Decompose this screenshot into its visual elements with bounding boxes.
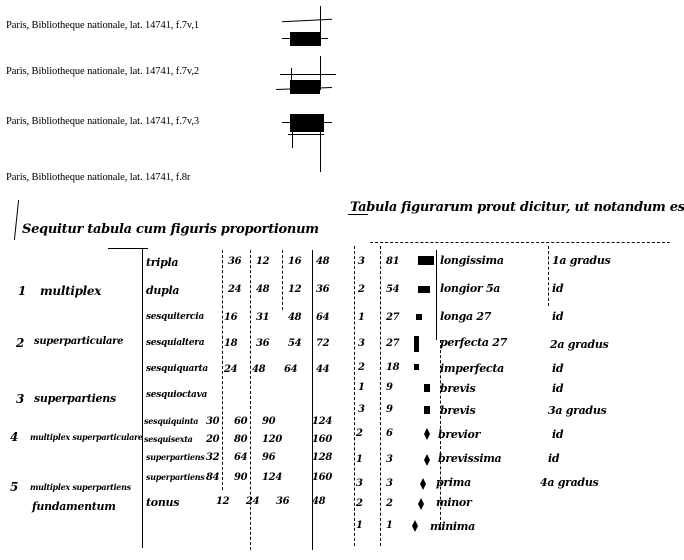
value: 3 bbox=[386, 454, 393, 465]
value: 48 bbox=[288, 312, 301, 323]
value: 2 bbox=[358, 362, 365, 373]
ratio-name: superpartiens bbox=[146, 472, 204, 482]
value: 36 bbox=[256, 338, 269, 349]
ratio-name: dupla bbox=[146, 284, 179, 297]
left-row-label: superpartiens bbox=[34, 392, 116, 405]
note-name: brevis bbox=[440, 382, 475, 395]
grade: id bbox=[552, 382, 563, 395]
value: 16 bbox=[288, 256, 301, 267]
semibrevis-note-icon bbox=[424, 454, 430, 466]
value: 120 bbox=[262, 434, 282, 445]
value: 48 bbox=[252, 364, 265, 375]
value: 48 bbox=[256, 284, 269, 295]
value: 54 bbox=[386, 284, 399, 295]
ratio-name: sesquisexta bbox=[144, 434, 193, 444]
note-name: minor bbox=[436, 496, 471, 509]
ratio-name: sesquioctava bbox=[146, 390, 207, 400]
value: 124 bbox=[312, 416, 332, 427]
value: 30 bbox=[206, 416, 219, 427]
value: 128 bbox=[312, 452, 332, 463]
value: 6 bbox=[386, 428, 393, 439]
value: 16 bbox=[224, 312, 237, 323]
note-name: prima bbox=[436, 476, 471, 489]
grade: id bbox=[552, 310, 563, 323]
value: 54 bbox=[288, 338, 301, 349]
left-row-label: multiplex superpartiens bbox=[30, 482, 131, 492]
value: 31 bbox=[256, 312, 269, 323]
value: 160 bbox=[312, 472, 332, 483]
value: 18 bbox=[386, 362, 399, 373]
left-row-num: 5 bbox=[10, 480, 18, 494]
maxima-note-icon bbox=[418, 256, 434, 265]
note-name: brevior bbox=[438, 428, 480, 441]
value: 9 bbox=[386, 382, 393, 393]
caption-f7v-1: Paris, Bibliotheque nationale, lat. 1474… bbox=[6, 20, 199, 31]
minima-note-icon bbox=[418, 498, 424, 510]
left-row-num: 1 bbox=[18, 284, 26, 298]
left-row-label: multiplex bbox=[40, 284, 101, 298]
value: 64 bbox=[284, 364, 297, 375]
left-row-label: fundamentum bbox=[32, 500, 116, 513]
ratio-name: tonus bbox=[146, 496, 179, 509]
value: 9 bbox=[386, 404, 393, 415]
value: 27 bbox=[386, 338, 399, 349]
caption-f8r: Paris, Bibliotheque nationale, lat. 1474… bbox=[6, 172, 190, 183]
value: 36 bbox=[228, 256, 241, 267]
maxima-note-icon bbox=[418, 286, 430, 293]
grade: id bbox=[552, 362, 563, 375]
brevis-note-icon bbox=[424, 406, 430, 414]
value: 24 bbox=[228, 284, 241, 295]
value: 3 bbox=[386, 478, 393, 489]
value: 48 bbox=[312, 496, 325, 507]
note-name: longior 5a bbox=[440, 282, 500, 295]
value: 160 bbox=[312, 434, 332, 445]
value: 81 bbox=[386, 256, 399, 267]
value: 90 bbox=[262, 416, 275, 427]
value: 2 bbox=[358, 284, 365, 295]
ratio-name: sesquiquinta bbox=[144, 416, 198, 426]
minima-note-icon bbox=[420, 478, 426, 490]
value: 24 bbox=[224, 364, 237, 375]
value: 20 bbox=[206, 434, 219, 445]
grade: id bbox=[548, 452, 559, 465]
note-name: longa 27 bbox=[440, 310, 491, 323]
value: 96 bbox=[262, 452, 275, 463]
value: 44 bbox=[316, 364, 329, 375]
note-name: longissima bbox=[440, 254, 504, 267]
caption-f7v-3: Paris, Bibliotheque nationale, lat. 1474… bbox=[6, 116, 199, 127]
value: 1 bbox=[358, 382, 365, 393]
notation-glyph-2 bbox=[276, 54, 340, 100]
longa-note-icon bbox=[414, 364, 419, 370]
value: 3 bbox=[358, 256, 365, 267]
value: 72 bbox=[316, 338, 329, 349]
value: 18 bbox=[224, 338, 237, 349]
left-row-num: 4 bbox=[10, 430, 18, 444]
value: 60 bbox=[234, 416, 247, 427]
value: 1 bbox=[356, 520, 363, 531]
value: 1 bbox=[358, 312, 365, 323]
value: 1 bbox=[386, 520, 393, 531]
notation-glyph-1 bbox=[280, 6, 340, 50]
value: 36 bbox=[276, 496, 289, 507]
value: 12 bbox=[288, 284, 301, 295]
caption-f7v-2: Paris, Bibliotheque nationale, lat. 1474… bbox=[6, 66, 199, 77]
ratio-name: sesquiquarta bbox=[146, 364, 208, 374]
value: 84 bbox=[206, 472, 219, 483]
note-name: brevis bbox=[440, 404, 475, 417]
grade: id bbox=[552, 282, 563, 295]
brevis-note-icon bbox=[424, 384, 430, 392]
value: 27 bbox=[386, 312, 399, 323]
notation-glyph-3 bbox=[280, 110, 336, 176]
note-name: brevissima bbox=[438, 452, 501, 465]
left-row-label: multiplex superparticulare bbox=[30, 432, 143, 442]
ratio-name: superpartiens bbox=[146, 452, 204, 462]
minima-note-icon bbox=[412, 520, 418, 532]
longa-note-icon bbox=[416, 314, 422, 320]
value: 48 bbox=[316, 256, 329, 267]
value: 124 bbox=[262, 472, 282, 483]
semibrevis-note-icon bbox=[424, 428, 430, 440]
value: 32 bbox=[206, 452, 219, 463]
value: 64 bbox=[234, 452, 247, 463]
value: 80 bbox=[234, 434, 247, 445]
manuscript-table: Sequitur tabula cum figuris proportionum… bbox=[0, 190, 684, 560]
ratio-name: tripla bbox=[146, 256, 178, 269]
value: 2 bbox=[356, 498, 363, 509]
longa-note-icon bbox=[414, 336, 419, 352]
grade: 1a gradus bbox=[552, 254, 610, 267]
ratio-name: sesquitercia bbox=[146, 312, 204, 322]
value: 3 bbox=[358, 404, 365, 415]
left-row-num: 3 bbox=[16, 392, 24, 406]
value: 64 bbox=[316, 312, 329, 323]
value: 12 bbox=[216, 496, 229, 507]
note-name: perfecta 27 bbox=[440, 336, 507, 349]
note-name: minima bbox=[430, 520, 475, 533]
value: 3 bbox=[356, 478, 363, 489]
value: 1 bbox=[356, 454, 363, 465]
left-row-label: superparticulare bbox=[34, 336, 123, 347]
value: 90 bbox=[234, 472, 247, 483]
left-row-num: 2 bbox=[16, 336, 24, 350]
note-name: imperfecta bbox=[440, 362, 504, 375]
value: 12 bbox=[256, 256, 269, 267]
grade: 4a gradus bbox=[540, 476, 598, 489]
value: 2 bbox=[356, 428, 363, 439]
heading-left: Sequitur tabula cum figuris proportionum bbox=[22, 222, 319, 237]
value: 36 bbox=[316, 284, 329, 295]
grade: id bbox=[552, 428, 563, 441]
heading-right: Tabula figurarum prout dicitur, ut notan… bbox=[350, 200, 684, 215]
ratio-name: sesquialtera bbox=[146, 338, 204, 348]
value: 24 bbox=[246, 496, 259, 507]
value: 3 bbox=[358, 338, 365, 349]
grade: 3a gradus bbox=[548, 404, 606, 417]
grade: 2a gradus bbox=[550, 338, 608, 351]
value: 2 bbox=[386, 498, 393, 509]
